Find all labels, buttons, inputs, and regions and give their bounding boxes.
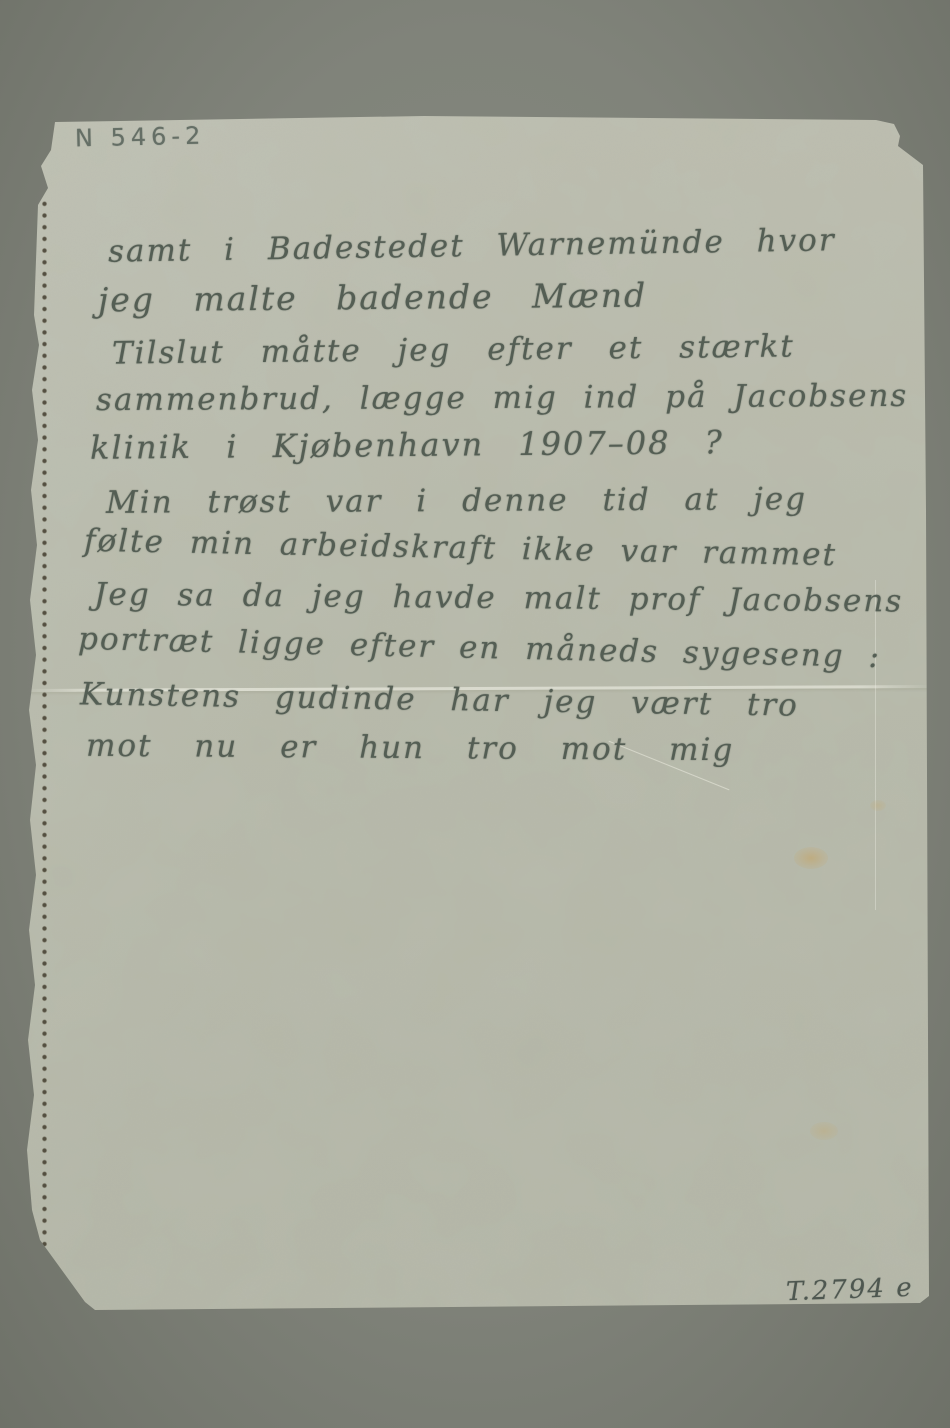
handwriting-line: Tilslut måtte jeg efter et stærkt bbox=[112, 328, 795, 371]
handwriting-line: sammenbrud, lægge mig ind på Jacobsens bbox=[96, 378, 908, 418]
photo-backdrop: N 546-2 samt i Badestedet Warnemünde hvo… bbox=[0, 0, 950, 1428]
handwriting-line: Min trøst var i denne tid at jeg bbox=[106, 481, 807, 521]
handwriting-line: jeg malte badende Mænd bbox=[98, 276, 648, 320]
archive-number-top: N 546-2 bbox=[75, 122, 206, 153]
handwriting-line: klinik i Kjøbenhavn 1907–08 ? bbox=[90, 423, 724, 467]
perforation-edge bbox=[40, 198, 49, 1308]
archive-number-bottom: T.2794 e bbox=[786, 1273, 915, 1307]
handwriting-line: følte min arbeidskraft ikke var rammet bbox=[84, 523, 838, 573]
stain bbox=[794, 847, 828, 869]
handwriting-line: mot nu er hun tro mot mig bbox=[86, 728, 734, 769]
manuscript-page: N 546-2 samt i Badestedet Warnemünde hvo… bbox=[24, 110, 932, 1312]
handwriting-line: Jeg sa da jeg havde malt prof Jacobsens bbox=[94, 576, 904, 619]
stain bbox=[870, 800, 886, 811]
vertical-crease bbox=[875, 580, 876, 910]
handwriting-line: samt i Badestedet Warnemünde hvor bbox=[108, 222, 836, 269]
stain bbox=[810, 1122, 838, 1140]
handwriting-line: portræt ligge efter en måneds sygeseng : bbox=[78, 621, 882, 675]
handwriting-line: Kunstens gudinde har jeg vært tro bbox=[80, 676, 799, 723]
